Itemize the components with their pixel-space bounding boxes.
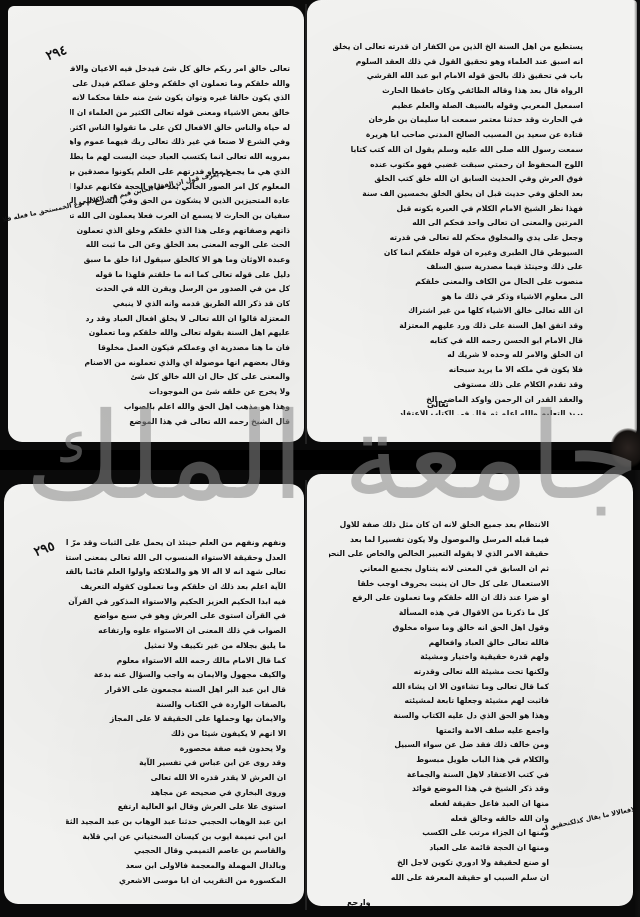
text-line: يريد التعليم والله اعلم ثم قال في الكتاب… [333, 407, 583, 415]
folio-number: ٢٩٥ [32, 539, 57, 560]
margin-note: قالوكان اصحاب الشيخ يقولونولا يقولون ان … [541, 775, 633, 833]
manuscript-page-295: ٢٩٥ ونفهم ونفهم من العلم حينئذ ان يحمل ع… [4, 484, 304, 904]
text-line: كل ما ذكرنا من الاقوال في هذه المسألة [329, 606, 549, 621]
text-line: وقد روى عن ابن عباس في تفسير الآية [66, 756, 286, 771]
margin-note-line: الا ما يقال كذلك [569, 809, 617, 827]
text-line: الذي يكون خالقا غيره وتوان يكون شئ منه خ… [70, 91, 290, 106]
text-line: ان سلم السبب او حقيقة المعرفة على الله [329, 871, 549, 886]
text-line: ومنها ان الجزاء مرتب على الكسب [329, 826, 549, 841]
text-line: فيما قبله المرسل والموصول ولا يكون تفسير… [329, 533, 549, 548]
text-line: ان الله تعالى خالق الاشياء كلها من غير ا… [333, 304, 583, 319]
text-line: الى معلوم الاشياء وذكر في ذلك ما هو [333, 290, 583, 305]
text-line: على ذلك وحينئذ فيما مصدرية سبق السلف [333, 260, 583, 275]
text-line: وقول اهل الحق انه خالق وما سواه مخلوق [329, 621, 549, 636]
text-line: الا انهم لا يكيفون شيئا من ذلك [66, 727, 286, 742]
text-line: ابن ابي تميمة ايوب بن كيسان السختياني عن… [66, 830, 286, 845]
text-line: ونفهم ونفهم من العلم حينئذ ان يحمل على ا… [66, 536, 286, 551]
main-text-block: تعالى خالق امر ربكم خالق كل شئ فيدخل فيه… [70, 62, 290, 432]
thumb-shadow [610, 428, 640, 468]
text-line: عليهم اهل السنة بقوله تعالى والله خلقكم … [70, 326, 290, 341]
text-line: ان الخلق صفة من صفات الافعال [70, 429, 290, 432]
text-line: او صنع لحقيقة ولا ادوري تكوين لاجل الخ [329, 856, 549, 871]
text-line: ذاتهم وصفاتهم وعلى هذا الذي خلقكم وخلق ا… [70, 224, 290, 239]
text-line: والمعنى على كل حال ان الله خالق كل شئ [70, 370, 290, 385]
text-line: وروى البخاري في صحيحه عن مجاهد [66, 786, 286, 801]
catchword: تعالى [427, 400, 449, 409]
text-line: والله خلقكم وما تعملون اي خلقكم وخلق عمل… [70, 77, 290, 92]
text-line: كما قال الامام مالك رحمه الله الاستواء م… [66, 654, 286, 669]
text-line: ومن خالف ذلك فقد ضل عن سواء السبيل [329, 738, 549, 753]
text-line: بمرويه الله تعالى انما يكتسب العباد حيث … [70, 150, 290, 165]
text-line: قال ابن عبد البر اهل السنة مجمعون على ال… [66, 683, 286, 698]
text-line: خالق بعض الاشياء ومعنى قوله تعالى الكثير… [70, 106, 290, 121]
manuscript-page-294: ٢٩٤ تعالى خالق امر ربكم خالق كل شئ فيدخل… [8, 6, 304, 442]
text-line: ان الخلق والامر لله وحده لا شريك له [333, 348, 583, 363]
text-line: الانتظام بعد جميع الخلق لانه ان كان مثل … [329, 518, 549, 533]
text-line: في الحارث وقد حدثنا معتمر سمعت ابا سليما… [333, 113, 583, 128]
text-line: والايمان بها وحملها على الحقيقة لا على ا… [66, 712, 286, 727]
text-line: بالصفات الواردة في الكتاب والسنة [66, 698, 286, 713]
text-line: المكسورة من التقريب ان ابا موسى الاشعري [66, 874, 286, 886]
text-line: فوق العرش وفي الحديث السابق ان الله خلق … [333, 172, 583, 187]
text-line: بعد الخلق وفي حديث قبل ان يخلق الخلق بخم… [333, 187, 583, 202]
text-line: كان قد ذكر الله الطريق قدمه وانه الذي لا… [70, 297, 290, 312]
text-line: كما قال تعالى وما تشاءون الا ان يشاء الل… [329, 680, 549, 695]
text-line: فان ما هنا مصدرية اي وعملكم فيكون العمل … [70, 341, 290, 356]
manuscript-page-facing-295: الانتظام بعد جميع الخلق لانه ان كان مثل … [307, 474, 633, 906]
text-line: ان العرش لا يقدر قدره الا الله تعالى [66, 771, 286, 786]
text-line: ولهم قدرة حقيقية واختيار ومشيئة [329, 650, 549, 665]
text-line: باب في تحقيق ذلك بالحق قوله الامام ابو ع… [333, 69, 583, 84]
catchword: وارجع [347, 898, 371, 906]
text-line: تعالى خالق امر ربكم خالق كل شئ فيدخل فيه… [70, 62, 290, 77]
text-line: انه اسبق عند العلماء وهو تحقيق القول في … [333, 55, 583, 70]
text-line: السيوطي قال الطبرى وغيره ان قوله خلقكم ا… [333, 246, 583, 261]
text-line: والعقد القدر ان الرحمن واوكد الماضي الخ [333, 393, 583, 408]
text-line: يستطيع من اهل السنة الخ الذين من الكفار … [333, 40, 583, 55]
text-line: وقد تقدم الكلام على ذلك مستوفى [333, 378, 583, 393]
text-line: منصوب على الحال من الكاف والمعنى خلقكم [333, 275, 583, 290]
text-line: والقاسم بن عاصم التميمي وقال الحجبي [66, 844, 286, 859]
text-line: الحث على الوجه المعنى بعد الخلق وعن الى … [70, 238, 290, 253]
text-line: ولا يحدون فيه صفة محصورة [66, 742, 286, 757]
manuscript-scan-bottom: ٢٩٥ ونفهم ونفهم من العلم حينئذ ان يحمل ع… [0, 470, 640, 917]
text-line: وهذا هو الحق الذي دل عليه الكتاب والسنة [329, 709, 549, 724]
text-line: وقال بعضهم انها موصولة اي والذي تعملونه … [70, 356, 290, 371]
text-line: ولا يخرج عن خلقه شئ من الموجودات [70, 385, 290, 400]
manuscript-page-facing-294: يستطيع من اهل السنة الخ الذين من الكفار … [307, 0, 637, 442]
text-line: وعبدة الاوثان وما هو الا كالخلق سيقول اذ… [70, 253, 290, 268]
folio-number: ٢٩٤ [44, 43, 69, 64]
text-line: فهذا نظر الشيخ الامام الكلام في العبرة ب… [333, 202, 583, 217]
text-line: وقد اتفق اهل السنة على ذلك ورد عليهم الم… [333, 319, 583, 334]
text-line: اسمعيل المعربي وقوله بالسيف الصلة والعلم… [333, 99, 583, 114]
text-line: فالله تعالى خالق العباد وافعالهم [329, 636, 549, 651]
text-line: في القرآن استوى على العرش وهو في سبع موا… [66, 609, 286, 624]
text-line: او ضرا عند ذلك ان الله خلقكم وما تعملون … [329, 591, 549, 606]
page-edge-shadow [634, 0, 640, 450]
main-text-block: الانتظام بعد جميع الخلق لانه ان كان مثل … [329, 518, 549, 890]
text-line: وجعل على يدي والمخلوق محكم لله تعالى في … [333, 231, 583, 246]
text-line: في كتب الاعتقاد لاهل السنة والجماعة [329, 768, 549, 783]
text-line: فاثبت لهم مشيئة وجعلها تابعة لمشيئته [329, 694, 549, 709]
text-line: سفيان بن الحارث لا يسمع ان العرب فعلا يع… [70, 209, 290, 224]
text-line: وهذا هو مذهب اهل الحق والله اعلم بالصواب [70, 400, 290, 415]
text-line: والكيف مجهول والايمان به واجب والسؤال عن… [66, 668, 286, 683]
text-line: سمعت رسول الله صلى الله عليه وسلم يقول ا… [333, 143, 583, 158]
text-line: الرواة قال بعد هذا وقاله الطائفي وكان حا… [333, 84, 583, 99]
manuscript-scan-top: ٢٩٤ تعالى خالق امر ربكم خالق كل شئ فيدخل… [0, 0, 640, 450]
text-line: منها ان العبد فاعل حقيقة لفعله [329, 797, 549, 812]
text-line: قتادة عن سعيد بن المسيب الصالح المدني صا… [333, 128, 583, 143]
text-line: وان الله خالقه وخالق فعله [329, 812, 549, 827]
text-line: قال الشيخ رحمه الله تعالى في هذا الموضع [70, 415, 290, 430]
main-text-block: ونفهم ونفهم من العلم حينئذ ان يحمل على ا… [66, 536, 286, 886]
text-line: وفي الشرع لا صنعا في غير ذلك تعالى ربك ف… [70, 135, 290, 150]
text-line: فلا يكون في ملكه الا ما يريد سبحانه [333, 363, 583, 378]
text-line: الصواب في ذلك المعنى ان الاستواء علوه وا… [66, 624, 286, 639]
text-line: الاستعمال على كل حال ان ينبت بحروف اوجب … [329, 577, 549, 592]
text-line: وقد ذكر الشيخ في هذا الموضع فوائد [329, 782, 549, 797]
text-line: قال الامام ابو الحسن رحمه الله في كتابه [333, 334, 583, 349]
text-line: دليل على قوله تعالى كما انه ما خلقتم فله… [70, 268, 290, 283]
text-line: ثم ان السابق في المعنى لانه يتناول بجميع… [329, 562, 549, 577]
text-line: ما يليق بجلاله من غير تكييف ولا تمثيل [66, 639, 286, 654]
text-line: اللوح المحفوظ ان رحمتي سبقت غضبي فهو مكت… [333, 158, 583, 173]
text-line: واجمع عليه سلف الامة وائمتها [329, 724, 549, 739]
text-line: وبالدال المهملة والمعجمة فالاولى ابن سعد [66, 859, 286, 874]
text-line: حقيقة الامر الذي لا يقوله التعبير الخالص… [329, 547, 549, 562]
text-line: العدل وحقيقة الاستواء المنسوب الى الله ت… [66, 551, 286, 566]
text-line: ومنها ان الحجة قائمة على العباد [329, 841, 549, 856]
text-line: ابن عبد الوهاب الحجبي حدثنا عبد الوهاب ب… [66, 815, 286, 830]
text-line: المرتين والمعنى ان تعالى واحد فحكم الى ا… [333, 216, 583, 231]
text-line: له حياة والناس خالق الافعال لكن على ما ت… [70, 121, 290, 136]
margin-note-line: ولا يقولون ان الافعال [615, 795, 633, 817]
main-text-block: يستطيع من اهل السنة الخ الذين من الكفار … [333, 40, 583, 415]
page-edge-shadow [634, 470, 640, 917]
text-line: كل من في الصدور من الرسل ويقرن الله في ا… [70, 282, 290, 297]
text-line: المعتزلة قالوا ان الله تعالى لا يخلق افع… [70, 312, 290, 327]
text-line: ولكنها تحت مشيئة الله تعالى وقدرته [329, 665, 549, 680]
text-line: الآية اعلم بعد ذلك ان خلقكم وما تعملون ك… [66, 580, 286, 595]
text-line: تعالى شهد انه لا اله الا هو والملائكة وا… [66, 565, 286, 580]
text-line: استوى علا على العرش وقال ابو العالية ارت… [66, 800, 286, 815]
text-line: فيه ابدا الحكيم العزيز الحكيم والاستواء … [66, 595, 286, 610]
text-line: والكلام في هذا الباب طويل مبسوط [329, 753, 549, 768]
